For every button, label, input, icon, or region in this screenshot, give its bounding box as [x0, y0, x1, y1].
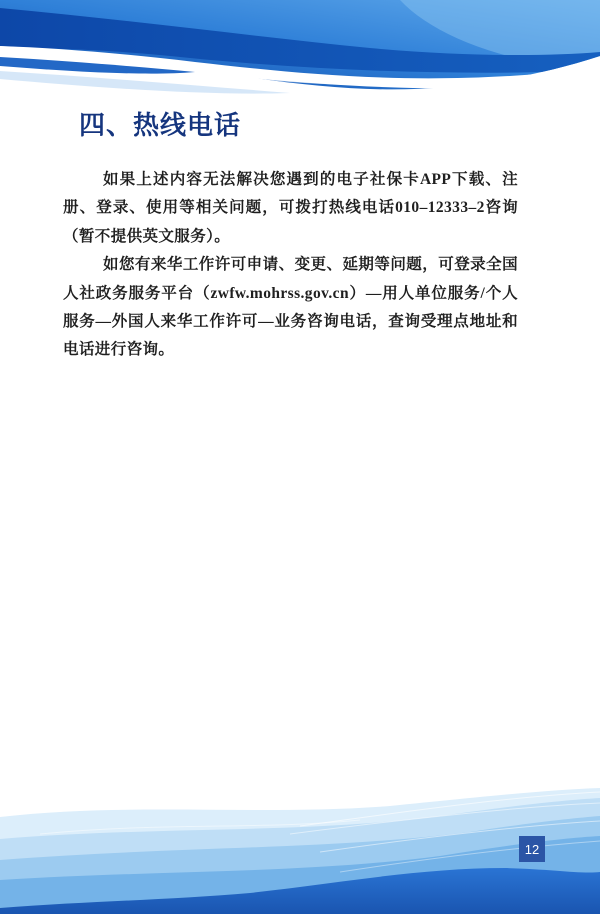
footer-wave-graphic	[0, 784, 600, 914]
section-title: 四、热线电话	[79, 108, 241, 142]
paragraph-work-permit: 如您有来华工作许可申请、变更、延期等问题，可登录全国人社政务服务平台（zwfw.…	[63, 251, 518, 365]
page-number: 12	[525, 842, 539, 857]
header-wave-graphic	[0, 0, 600, 96]
page-number-badge: 12	[519, 836, 545, 862]
document-body: 如果上述内容无法解决您遇到的电子社保卡APP下载、注册、登录、使用等相关问题，可…	[63, 166, 518, 365]
document-page: 四、热线电话 如果上述内容无法解决您遇到的电子社保卡APP下载、注册、登录、使用…	[0, 0, 600, 914]
paragraph-hotline: 如果上述内容无法解决您遇到的电子社保卡APP下载、注册、登录、使用等相关问题，可…	[63, 166, 518, 251]
